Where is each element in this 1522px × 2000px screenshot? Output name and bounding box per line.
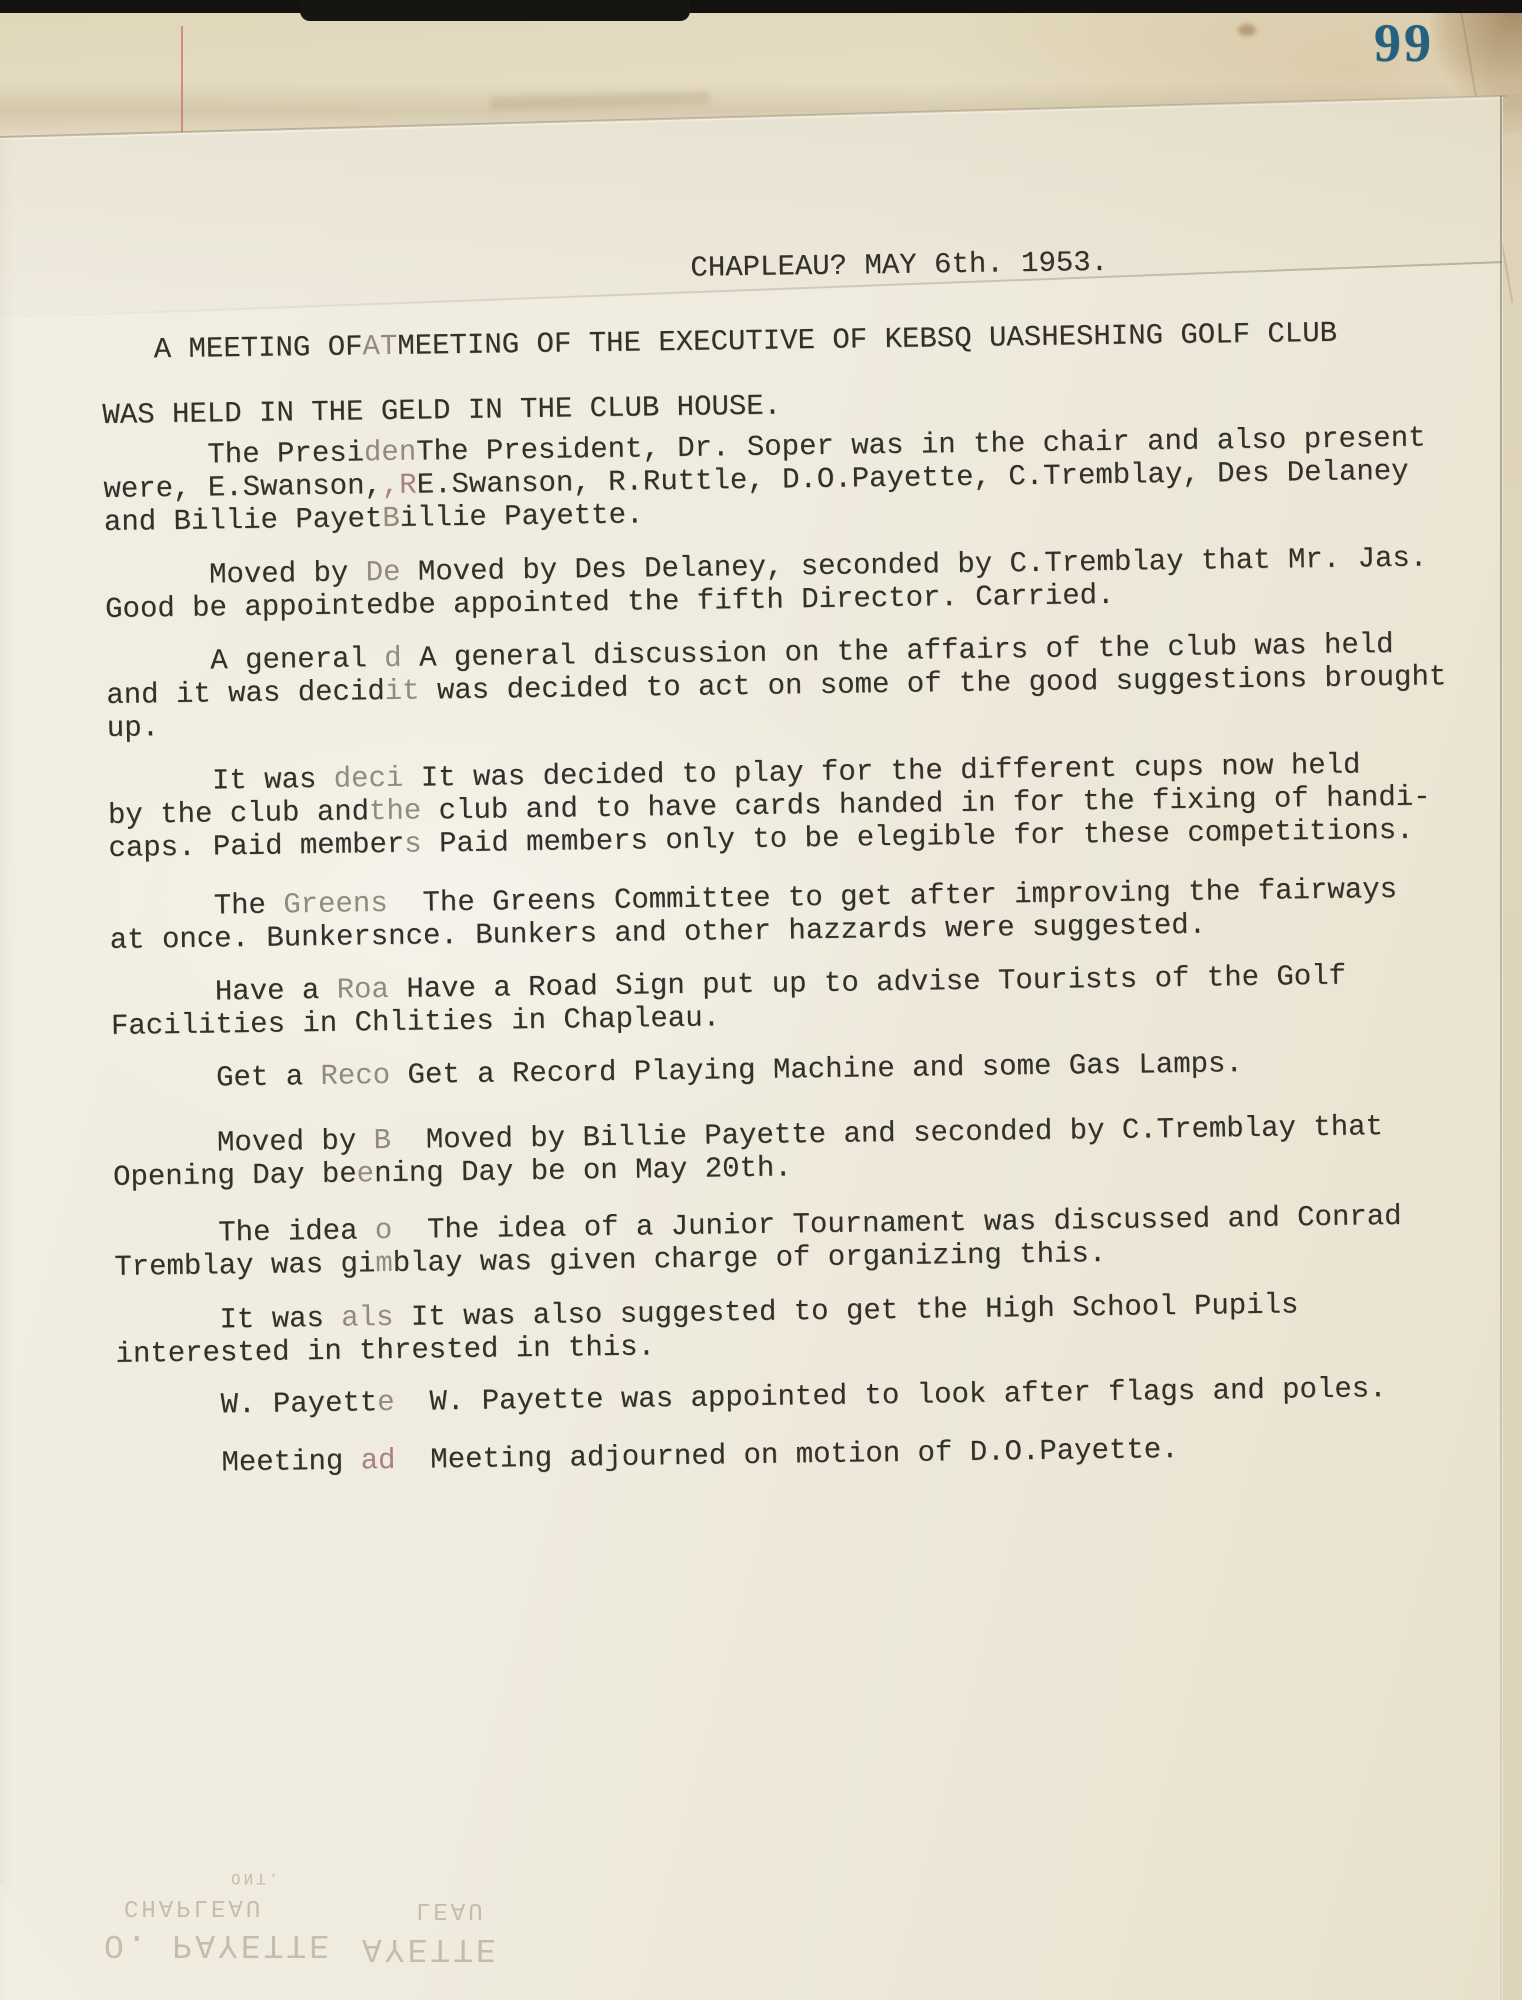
ink-spot (1238, 24, 1256, 36)
typed-paragraph: It was als It was also suggested to get … (115, 1288, 1299, 1371)
document-body: A MEETING OFATMEETING OF THE EXECUTIVE O… (101, 319, 1522, 339)
document-scan: { "page_number": "99", "document": { "lo… (0, 0, 1522, 2000)
typed-paragraph: Have a Roa Have a Road Sign put up to ad… (110, 960, 1346, 1043)
typed-paragraph: Get a Reco Get a Record Playing Machine … (111, 1047, 1243, 1096)
typed-paragraph: The idea o The idea of a Junior Tourname… (114, 1200, 1403, 1284)
typed-paragraph: It was deci It was decided to play for t… (107, 747, 1431, 864)
page-number-stamp: 99 (1374, 12, 1434, 74)
typed-paragraph: Moved by De Moved by Des Delaney, second… (104, 542, 1427, 626)
typed-paragraph: W. Payette W. Payette was appointed to l… (116, 1372, 1387, 1423)
scanner-edge (0, 0, 1522, 13)
typed-paragraph: Moved by B Moved by Billie Payette and s… (112, 1110, 1383, 1194)
typed-line: Get a Reco Get a Record Playing Machine … (111, 1047, 1243, 1096)
document-content: CHAPLEAU? MAY 6th. 1953. A MEETING OFATM… (100, 220, 1522, 1940)
scanner-edge-bump (300, 0, 690, 21)
typed-paragraph: The Greens The Greens Committee to get a… (109, 873, 1398, 957)
document-title: CHAPLEAU? MAY 6th. 1953. (690, 246, 1108, 285)
red-margin-line (181, 26, 183, 132)
typed-line: W. Payette W. Payette was appointed to l… (116, 1372, 1387, 1423)
typed-paragraph: Meeting ad Meeting adjourned on motion o… (117, 1433, 1179, 1481)
typed-line: Meeting ad Meeting adjourned on motion o… (117, 1433, 1179, 1481)
typed-paragraph: The PresidenThe President, Dr. Soper was… (103, 422, 1427, 539)
typed-paragraph: A general d A general discussion on the … (106, 627, 1447, 745)
